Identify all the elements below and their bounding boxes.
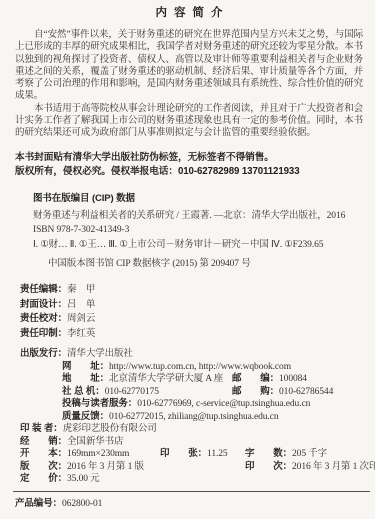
page-title: 内容简介 <box>15 6 363 20</box>
address-value: 北京清华大学学研大厦 A 座 <box>109 374 223 384</box>
cip-record-number-line: 中国版本图书馆 CIP 数据核字 (2015) 第 209407 号 <box>33 258 363 272</box>
format-value: 169mm×230mm <box>67 449 129 459</box>
impression-label: 印 次： <box>245 461 292 472</box>
postcode-label: 邮 编： <box>232 373 279 384</box>
copyright-hotline-line: 版权所有，侵权必究。侵权举报电话：010-62782989 1370112193… <box>15 165 363 180</box>
staff-label: 责任编辑： <box>20 284 67 295</box>
price-row: 定 价：35.00 元 <box>20 473 363 486</box>
staff-name: 李红英 <box>67 329 95 339</box>
address-label: 地 址： <box>62 373 109 384</box>
summary-paragraph-1: 自“安然”事件以来，关于财务重述的研究在世界范围内呈方兴未艾之势，与国际上已形成… <box>15 29 363 103</box>
staff-row-editor: 责任编辑：秦 甲 <box>20 283 363 298</box>
address-row: 地 址：北京清华大学学研大厦 A 座邮 编：100084 <box>62 373 363 386</box>
divider <box>13 491 370 492</box>
cip-data-block: 图书在版编目 (CIP) 数据 财务重述与利益相关者的关系研究 / 王霞著. —… <box>15 192 363 272</box>
switchboard-value: 010-62770175 <box>105 387 159 397</box>
word-count-value: 205 千字 <box>292 449 327 459</box>
cip-heading: 图书在版编目 (CIP) 数据 <box>33 192 363 206</box>
publisher-row: 出版发行：清华大学出版社 <box>20 348 363 361</box>
isbn-line: ISBN 978-7-302-41349-3 <box>33 224 363 238</box>
staff-credits: 责任编辑：秦 甲 封面设计：吕 单 责任校对：周剑云 责任印制：李红英 <box>15 283 363 341</box>
sheets-label: 印 张： <box>160 448 207 459</box>
edition-value: 2016 年 3 月第 1 版 <box>67 462 144 472</box>
staff-label: 封面设计： <box>20 299 67 310</box>
binder-row: 印 装 者：虎彩印艺股份有限公司 <box>20 423 363 436</box>
website-label: 网 址： <box>62 361 109 372</box>
staff-name: 秦 甲 <box>67 285 95 295</box>
staff-row-proofreader: 责任校对：周剑云 <box>20 312 363 327</box>
staff-row-cover-design: 封面设计：吕 单 <box>20 298 363 313</box>
distributor-value: 全国新华书店 <box>67 437 123 447</box>
staff-label: 责任校对： <box>20 313 67 324</box>
staff-name: 吕 单 <box>67 300 95 310</box>
impression-value: 2016 年 3 月第 1 次印刷 <box>292 462 375 472</box>
quality-feedback-value: 010-62772015, zhiliang@tup.tsinghua.edu.… <box>109 412 278 422</box>
word-count-label: 字 数： <box>245 448 292 459</box>
distributor-label: 经 销： <box>20 436 67 447</box>
sheets-value: 11.25 <box>207 449 228 459</box>
publisher-label: 出版发行： <box>20 348 67 359</box>
binder-value: 虎彩印艺股份有限公司 <box>63 424 157 434</box>
switchboard-row: 社 总 机：010-62770175邮 购：010-62786544 <box>62 386 363 399</box>
book-copyright-page: 内容简介 自“安然”事件以来，关于财务重述的研究在世界范围内呈方兴未艾之势，与国… <box>0 0 375 519</box>
postcode-value: 100084 <box>279 374 307 384</box>
anti-counterfeit-line: 本书封面贴有清华大学出版社防伪标签，无标签者不得销售。 <box>15 151 363 166</box>
website-value: http://www.tup.com.cn, http://www.wqbook… <box>109 362 291 372</box>
binder-label: 印 装 者： <box>20 423 63 434</box>
product-number-row: 产品编号：062800-01 <box>15 498 363 510</box>
website-row: 网 址：http://www.tup.com.cn, http://www.wq… <box>62 361 363 374</box>
publisher-block: 出版发行：清华大学出版社 网 址：http://www.tup.com.cn, … <box>15 348 363 423</box>
price-label: 定 价： <box>20 473 67 484</box>
publisher-name: 清华大学出版社 <box>67 349 133 359</box>
switchboard-label: 社 总 机： <box>62 386 105 397</box>
publisher-contact-rows: 网 址：http://www.tup.com.cn, http://www.wq… <box>20 361 363 424</box>
price-value: 35.00 元 <box>67 474 100 484</box>
staff-name: 周剑云 <box>67 314 95 324</box>
product-number-label: 产品编号： <box>15 498 62 509</box>
cip-book-title-line: 财务重述与利益相关者的关系研究 / 王霞著. —北京：清华大学出版社，2016 <box>33 210 363 224</box>
format-label: 开 本： <box>20 448 67 459</box>
reader-service-label: 投稿与读者服务： <box>62 398 137 409</box>
quality-feedback-row: 质量反馈：010-62772015, zhiliang@tup.tsinghua… <box>62 411 363 424</box>
edition-row: 版 次：2016 年 3 月第 1 版印 次：2016 年 3 月第 1 次印刷 <box>20 461 363 474</box>
content-summary: 自“安然”事件以来，关于财务重述的研究在世界范围内呈方兴未艾之势，与国际上已形成… <box>15 29 363 140</box>
printing-details: 印 装 者：虎彩印艺股份有限公司 经 销：全国新华书店 开 本：169mm×23… <box>15 423 363 486</box>
edition-label: 版 次： <box>20 461 67 472</box>
format-row: 开 本：169mm×230mm印 张：11.25字 数：205 千字 <box>20 448 363 461</box>
anti-piracy-notice: 本书封面贴有清华大学出版社防伪标签，无标签者不得销售。 版权所有，侵权必究。侵权… <box>15 151 363 180</box>
reader-service-value: 010-62776969, c-service@tup.tsinghua.edu… <box>137 399 310 409</box>
staff-row-print-supervisor: 责任印制：李红英 <box>20 327 363 342</box>
product-number-value: 062800-01 <box>62 499 102 509</box>
distributor-row: 经 销：全国新华书店 <box>20 436 363 449</box>
reader-service-row: 投稿与读者服务：010-62776969, c-service@tup.tsin… <box>62 398 363 411</box>
summary-paragraph-2: 本书适用于高等院校从事会计理论研究的工作者阅读，并且对于广大投资者和会计实务工作… <box>15 103 363 140</box>
mail-order-value: 010-62786544 <box>279 387 333 397</box>
staff-label: 责任印制： <box>20 328 67 339</box>
mail-order-label: 邮 购： <box>232 386 279 397</box>
quality-feedback-label: 质量反馈： <box>62 411 109 422</box>
cip-classification-line: Ⅰ. ①财… Ⅱ. ①王… Ⅲ. ①上市公司－财务审计－研究－中国 Ⅳ. ①F2… <box>33 239 363 253</box>
